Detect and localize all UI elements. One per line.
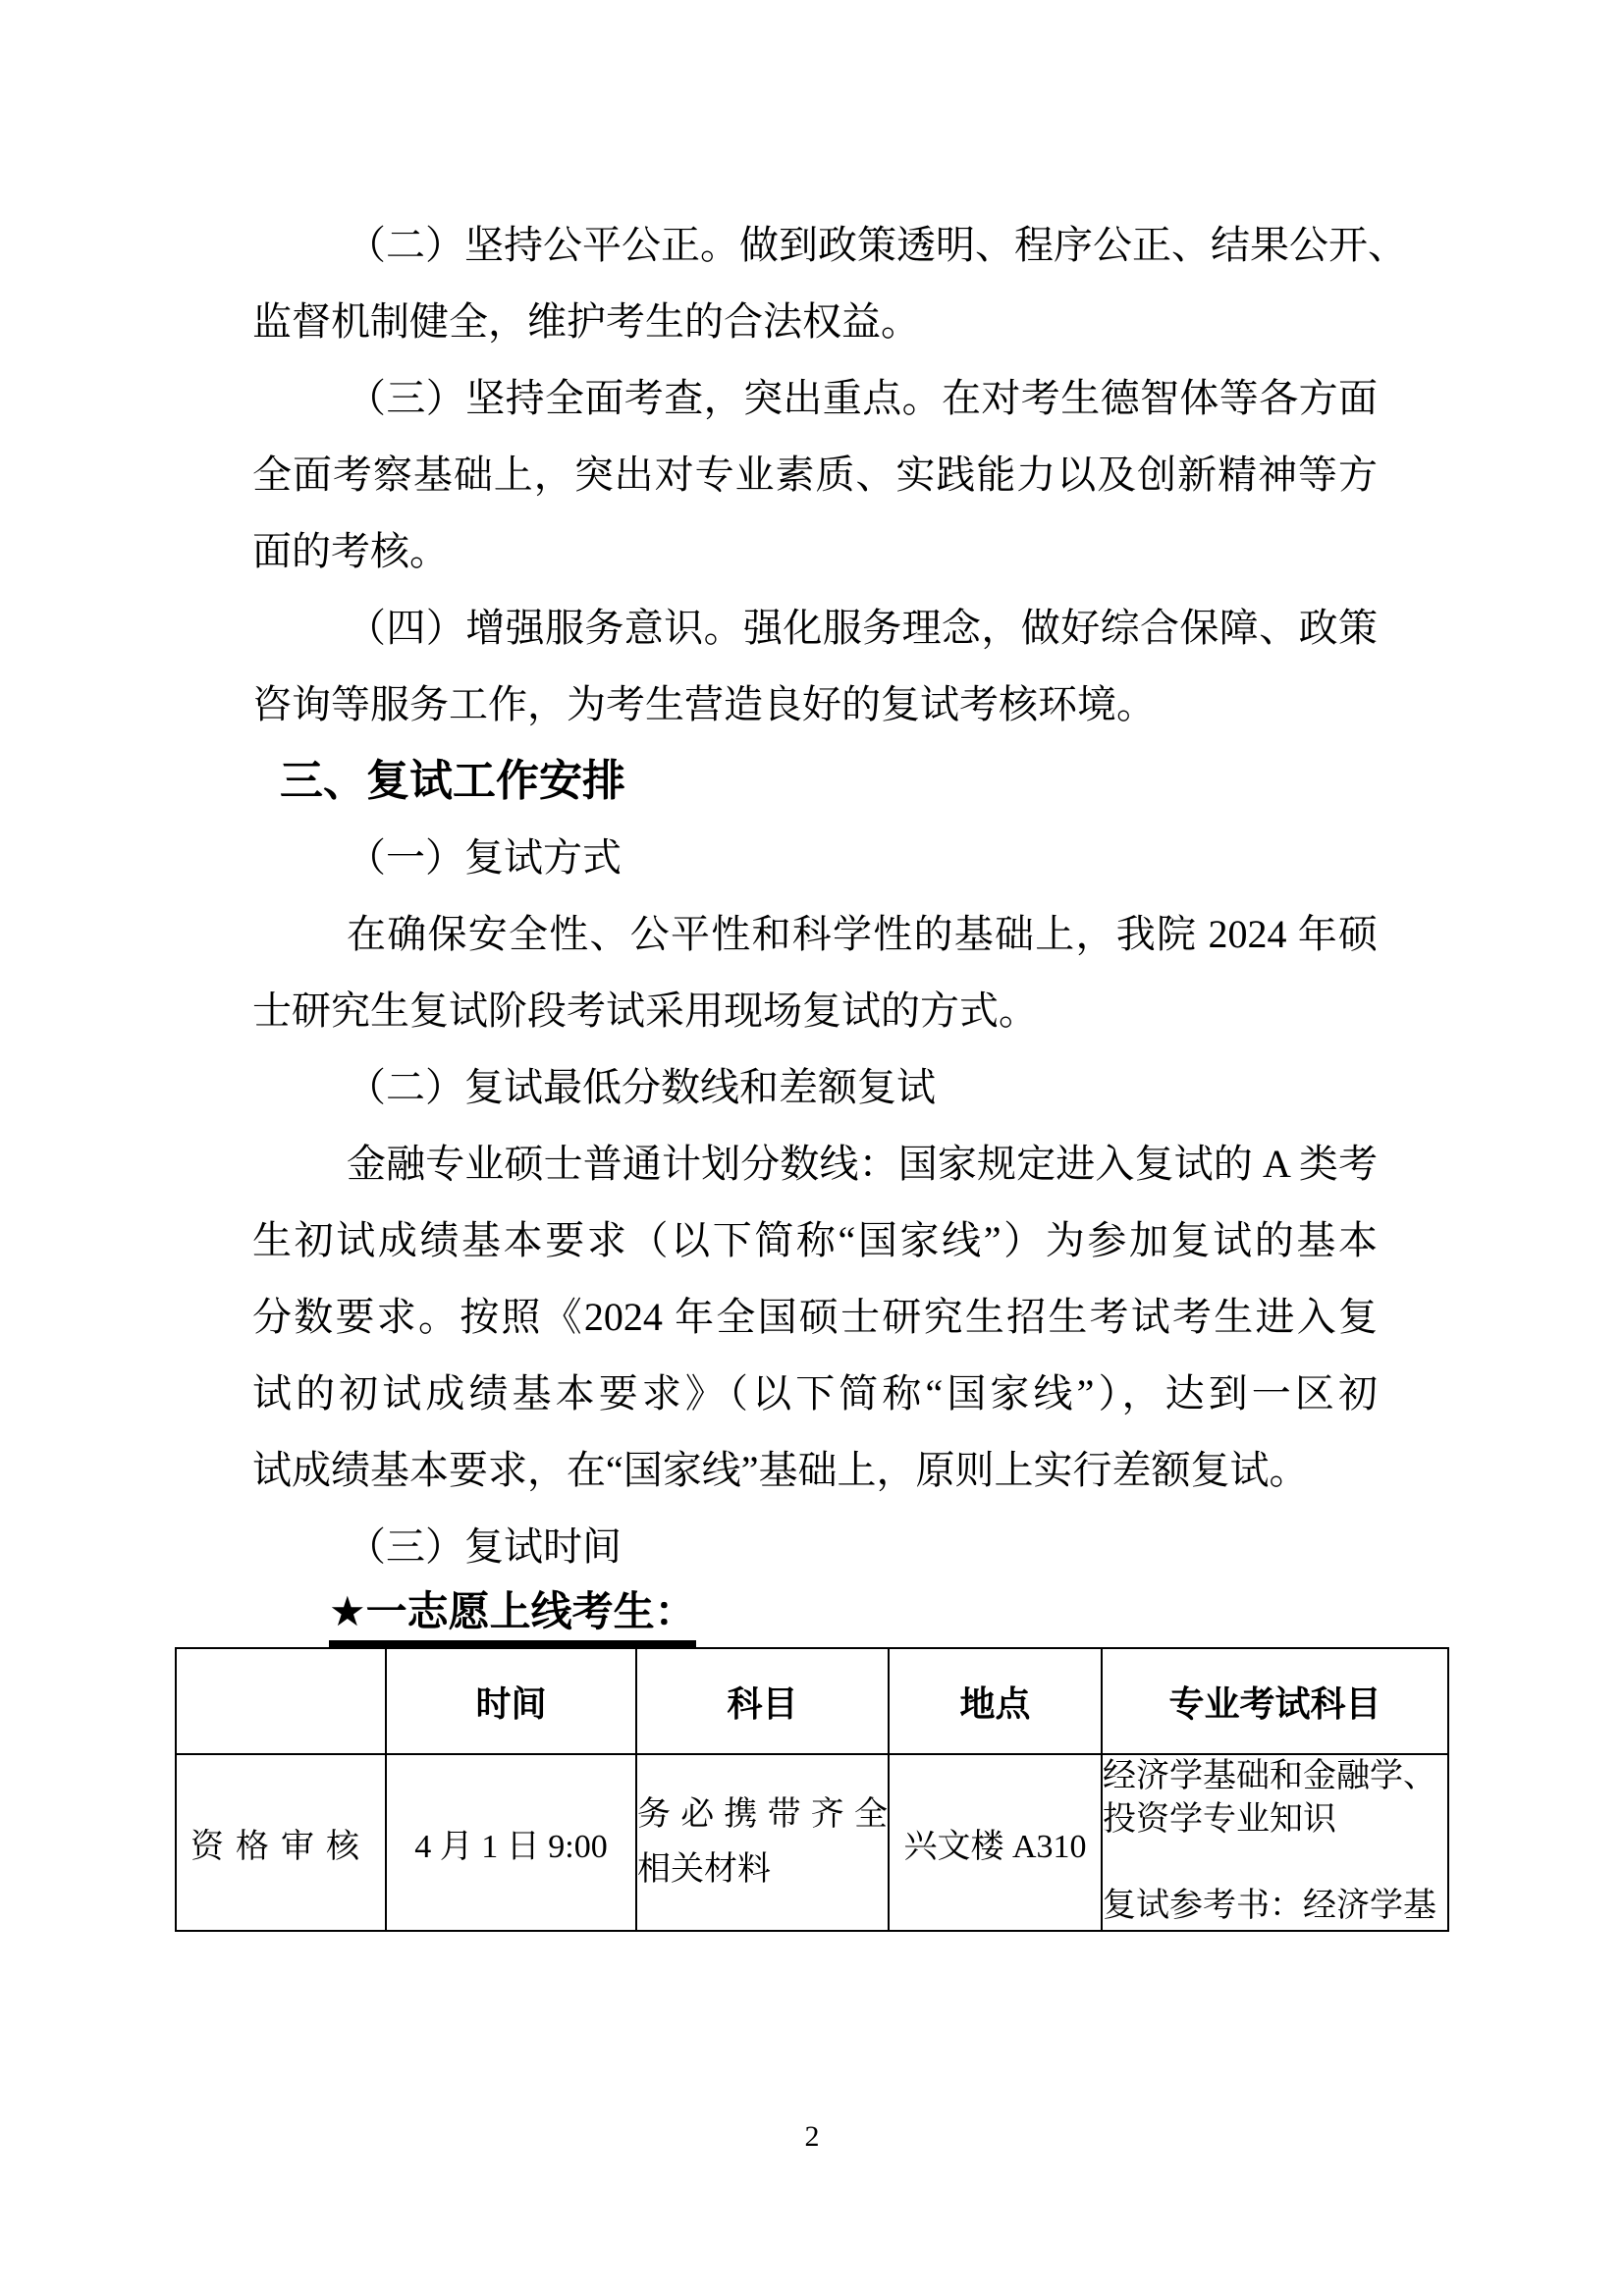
star-title-text: ★一志愿上线考生： [329,1583,696,1647]
cell-subject-line: 相关材料 [637,1842,888,1897]
text-line: 试的初试成绩基本要求》（以下简称“国家线”），达到一区初 [252,1356,1378,1432]
cell-exam-line: 投资学专业知识 [1103,1798,1447,1842]
cell-subject-line: 务必携带齐全 [637,1788,888,1842]
text-line: 在确保安全性、公平性和科学性的基础上，我院 2024 年硕 [252,896,1378,973]
cell-exam-line: 经济学基础和金融学、 [1103,1755,1447,1798]
section-heading: 三、复试工作安排 [252,743,1378,820]
document-body: （二）坚持公平公正。做到政策透明、程序公正、结果公开、监督机制健全，维护考生的合… [252,207,1378,1662]
page-number: 2 [0,2120,1624,2154]
cell-time: 4 月 1 日 9:00 [386,1754,636,1931]
text-line: （四）增强服务意识。强化服务理念，做好综合保障、政策 [252,590,1378,667]
text-line: 金融专业硕士普通计划分数线：国家规定进入复试的 A 类考 [252,1126,1378,1202]
text-line: 面的考核。 [252,513,1378,590]
header-cell-time: 时间 [386,1648,636,1754]
text-line: 士研究生复试阶段考试采用现场复试的方式。 [252,973,1378,1049]
cell-subject: 务必携带齐全 相关材料 [636,1754,889,1931]
cell-exam-line: 复试参考书：经济学基 [1103,1885,1447,1928]
text-line: （三）坚持全面考查，突出重点。在对考生德智体等各方面 [252,360,1378,437]
header-cell-subject: 科目 [636,1648,889,1754]
star-title: ★一志愿上线考生： [252,1574,1378,1650]
cell-location: 兴文楼 A310 [889,1754,1102,1931]
text-line: 分数要求。按照《2024 年全国硕士研究生招生考试考生进入复 [252,1279,1378,1356]
schedule-table: 时间 科目 地点 专业考试科目 资格审核 4 月 1 日 9:00 务必携带齐全… [175,1647,1449,1932]
text-line: 生初试成绩基本要求（以下简称“国家线”）为参加复试的基本 [252,1202,1378,1279]
text-line: 监督机制健全，维护考生的合法权益。 [252,284,1378,360]
cell-exam: 经济学基础和金融学、 投资学专业知识 复试参考书：经济学基 [1102,1754,1448,1931]
text-line: 咨询等服务工作，为考生营造良好的复试考核环境。 [252,667,1378,743]
table-header-row: 时间 科目 地点 专业考试科目 [176,1648,1448,1754]
document-page: （二）坚持公平公正。做到政策透明、程序公正、结果公开、监督机制健全，维护考生的合… [0,0,1624,2296]
cell-stage: 资格审核 [176,1754,386,1931]
text-line: 试成绩基本要求，在“国家线”基础上，原则上实行差额复试。 [252,1432,1378,1509]
table-row: 资格审核 4 月 1 日 9:00 务必携带齐全 相关材料 兴文楼 A310 经… [176,1754,1448,1931]
text-line: 全面考察基础上，突出对专业素质、实践能力以及创新精神等方 [252,437,1378,513]
cell-exam-line [1103,1842,1447,1885]
header-cell-place: 地点 [889,1648,1102,1754]
header-cell-blank [176,1648,386,1754]
text-line: （一）复试方式 [252,820,1378,896]
text-line: （二）坚持公平公正。做到政策透明、程序公正、结果公开、 [252,207,1378,284]
text-line: （二）复试最低分数线和差额复试 [252,1049,1378,1126]
header-cell-exam: 专业考试科目 [1102,1648,1448,1754]
